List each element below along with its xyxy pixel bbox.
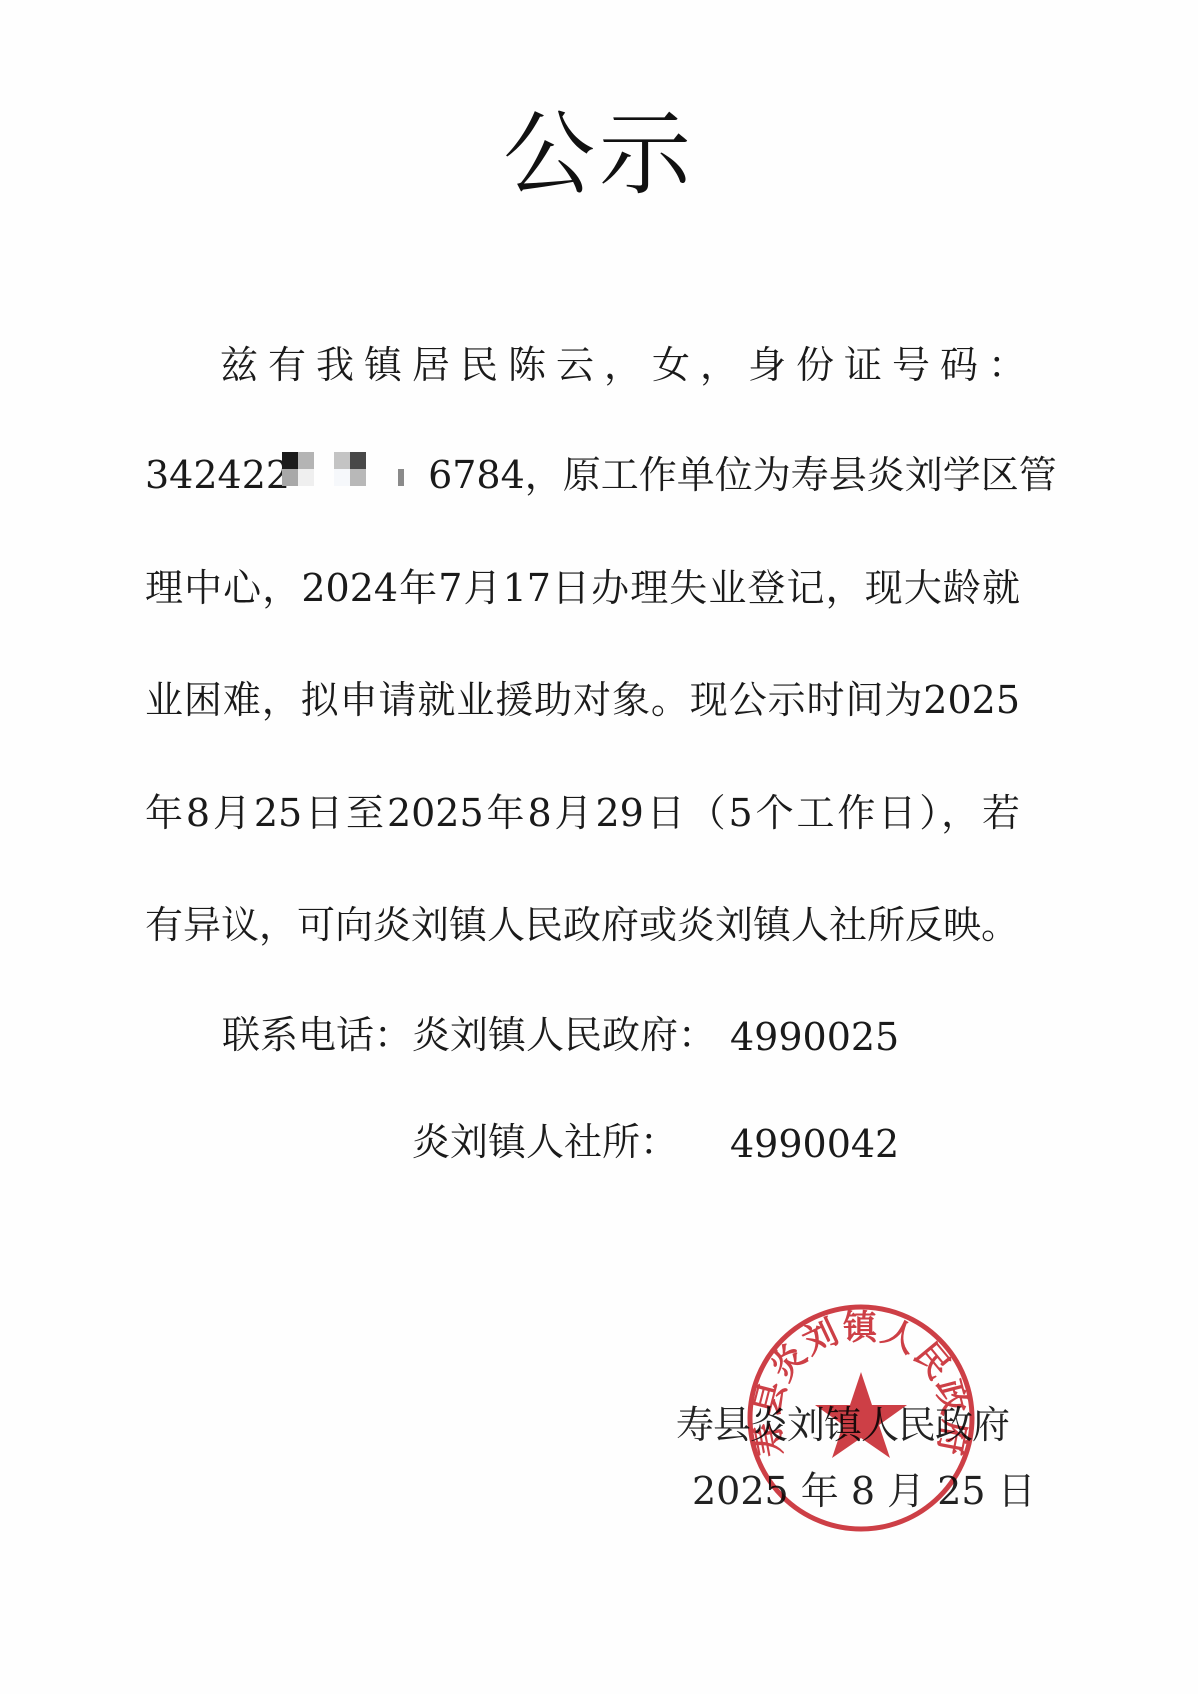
contact-label: 联系电话： <box>222 1010 412 1060</box>
contact-phone-government: 4990025 <box>730 1012 899 1062</box>
contact-phone-hrss: 4990042 <box>730 1119 899 1169</box>
id-number-suffix: 6784 <box>428 453 525 497</box>
contact-name-hrss: 炎刘镇人社所： <box>412 1117 678 1167</box>
contact-name-government: 炎刘镇人民政府： <box>412 1010 716 1060</box>
id-redaction-mosaic <box>282 452 410 488</box>
body-line-1: 兹有我镇居民陈云，女，身份证号码： <box>220 340 1018 390</box>
id-number-prefix: 342422 <box>145 453 290 497</box>
body-line-3: 理中心，2024年7月17日办理失业登记，现大龄就 <box>145 563 1020 613</box>
body-line-5: 年8月25日至2025年8月29日（5个工作日），若 <box>145 788 1020 838</box>
body-line-6: 有异议，可向炎刘镇人民政府或炎刘镇人社所反映。 <box>145 900 1005 950</box>
official-seal-stamp: 寿县炎刘镇人民政府 <box>745 1302 977 1534</box>
body-line-4: 业困难，拟申请就业援助对象。现公示时间为2025 <box>145 675 1020 725</box>
body-line-2: 3424226784，原工作单位为寿县炎刘学区管 <box>145 450 1020 500</box>
page-title: 公示 <box>0 100 1198 210</box>
body-line-2-rest: ，原工作单位为寿县炎刘学区管 <box>525 453 1057 497</box>
star-icon <box>815 1372 907 1458</box>
notice-page: 公示 兹有我镇居民陈云，女，身份证号码： 3424226784，原工作单位为寿县… <box>0 0 1198 1694</box>
